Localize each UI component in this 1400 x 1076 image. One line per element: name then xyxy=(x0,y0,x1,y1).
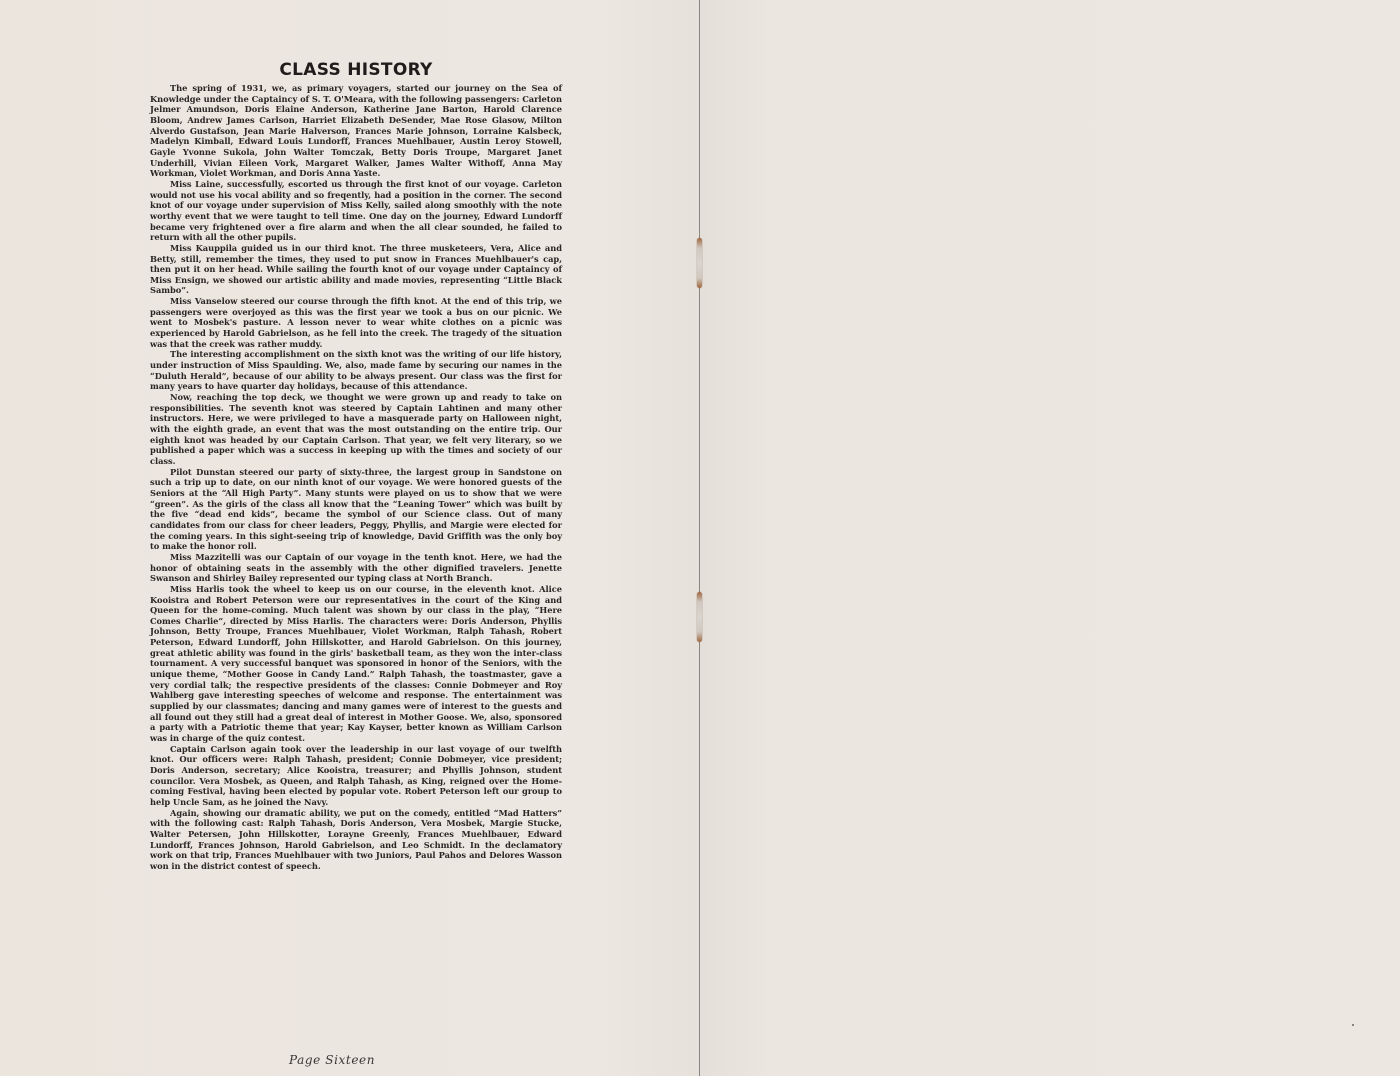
left-page: CLASS HISTORY The spring of 1931, we, as… xyxy=(0,0,700,1076)
class-history-text: The spring of 1931, we, as primary voyag… xyxy=(150,83,562,872)
page-number: Page Sixteen xyxy=(289,1053,375,1067)
paragraph: Miss Laine, successfully, escorted us th… xyxy=(150,179,562,243)
page-title: CLASS HISTORY xyxy=(150,60,562,80)
staple-icon xyxy=(697,592,702,642)
paragraph: Captain Carlson again took over the lead… xyxy=(150,744,562,808)
paper-speck xyxy=(1352,1024,1354,1026)
paragraph: The spring of 1931, we, as primary voyag… xyxy=(150,83,562,179)
paragraph: The interesting accomplishment on the si… xyxy=(150,349,562,392)
paragraph: Miss Mazzitelli was our Captain of our v… xyxy=(150,552,562,584)
paragraph: Miss Harlis took the wheel to keep us on… xyxy=(150,584,562,744)
paragraph: Miss Kauppila guided us in our third kno… xyxy=(150,243,562,296)
paragraph: Miss Vanselow steered our course through… xyxy=(150,296,562,349)
right-page: CLASS WILL Since we, the Class of 1943 i… xyxy=(700,0,1400,1076)
paragraph: Again, showing our dramatic ability, we … xyxy=(150,808,562,872)
booklet-spread: CLASS HISTORY The spring of 1931, we, as… xyxy=(0,0,1400,1076)
class-history-column: CLASS HISTORY The spring of 1931, we, as… xyxy=(150,60,562,872)
paragraph: Now, reaching the top deck, we thought w… xyxy=(150,392,562,467)
paragraph: Pilot Dunstan steered our party of sixty… xyxy=(150,467,562,552)
staple-icon xyxy=(697,238,702,288)
binding-fold xyxy=(699,0,700,1076)
